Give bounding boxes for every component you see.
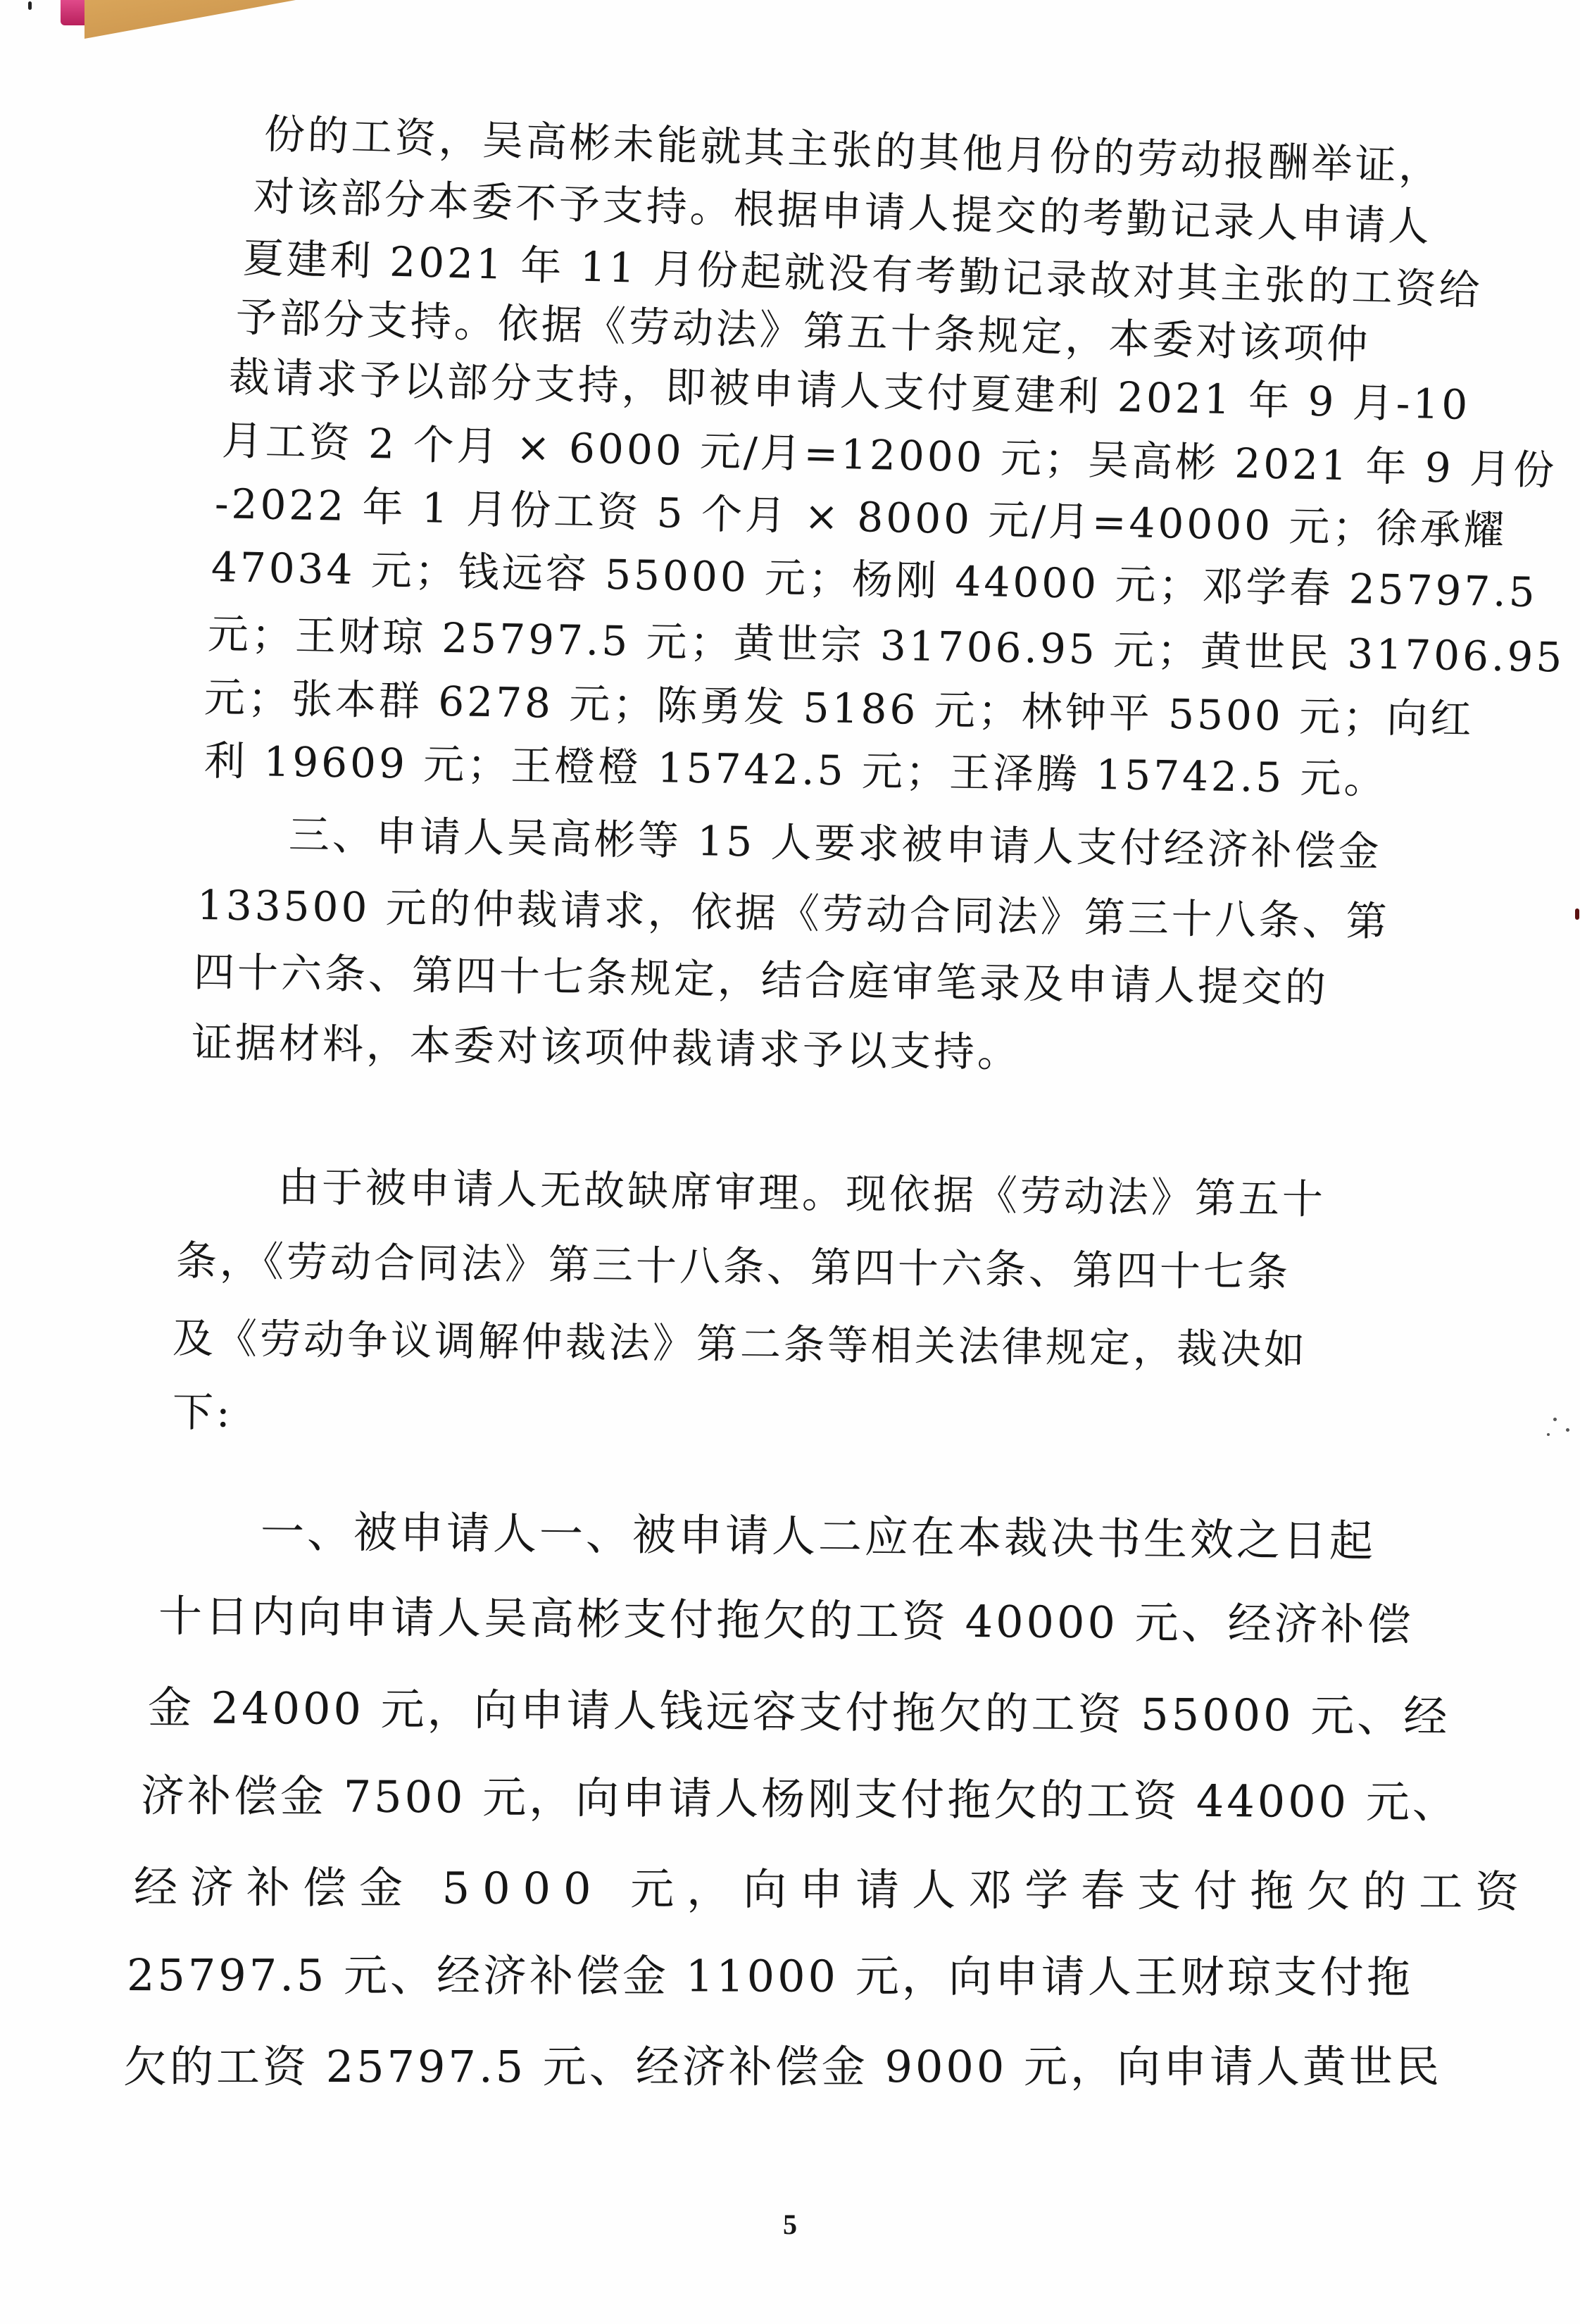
scan-speck <box>1553 1418 1557 1421</box>
paper-tab-decoration <box>84 0 296 39</box>
edge-mark <box>1575 908 1579 920</box>
body-line-13: 133500 元的仲裁请求，依据《劳动合同法》第三十八条、第 <box>196 877 1390 950</box>
body-line-25: 25797.5 元、经济补偿金 11000 元，向申请人王财琼支付拖 <box>127 1947 1413 2006</box>
body-line-14: 四十六条、第四十七条规定，结合庭审笔录及申请人提交的 <box>193 944 1329 1016</box>
body-line-11: 利 19609 元；王橙橙 15742.5 元；王泽腾 15742.5 元。 <box>203 732 1388 807</box>
body-line-24: 经济补偿金 5000 元，向申请人邓学春支付拖欠的工资 <box>134 1859 1531 1920</box>
body-line-20: 一、被申请人一、被申请人二应在本裁决书生效之日起 <box>261 1504 1377 1570</box>
edge-mark <box>28 1 32 10</box>
body-line-21: 十日内向申请人吴高彬支付拖欠的工资 40000 元、经济补偿 <box>158 1588 1414 1653</box>
body-line-12: 三、申请人吴高彬等 15 人要求被申请人支付经济补偿金 <box>288 806 1382 880</box>
body-line-26: 欠的工资 25797.5 元、经济补偿金 9000 元，向申请人黄世民 <box>123 2039 1442 2095</box>
scanned-document-page: 份的工资，吴高彬未能就其主张的其他月份的劳动报酬举证， 对该部分本委不予支持。根… <box>0 0 1580 2324</box>
body-line-17: 条，《劳动合同法》第三十八条、第四十六条、第四十七条 <box>176 1232 1291 1301</box>
body-line-19: 下: <box>173 1384 233 1441</box>
body-line-18: 及《劳动争议调解仲裁法》第二条等相关法律规定，裁决如 <box>173 1310 1308 1378</box>
body-line-23: 济补偿金 7500 元，向申请人杨刚支付拖欠的工资 44000 元、 <box>141 1768 1459 1831</box>
body-line-16: 由于被申请人无故缺席审理。现依据《劳动法》第五十 <box>278 1158 1327 1227</box>
scan-speck <box>1547 1433 1550 1436</box>
body-line-15: 证据材料，本委对该项仲裁请求予以支持。 <box>192 1014 1022 1080</box>
body-line-22: 金 24000 元，向申请人钱远容支付拖欠的工资 55000 元、经 <box>148 1680 1450 1745</box>
page-number: 5 <box>783 2208 797 2241</box>
scan-speck <box>1566 1428 1569 1432</box>
